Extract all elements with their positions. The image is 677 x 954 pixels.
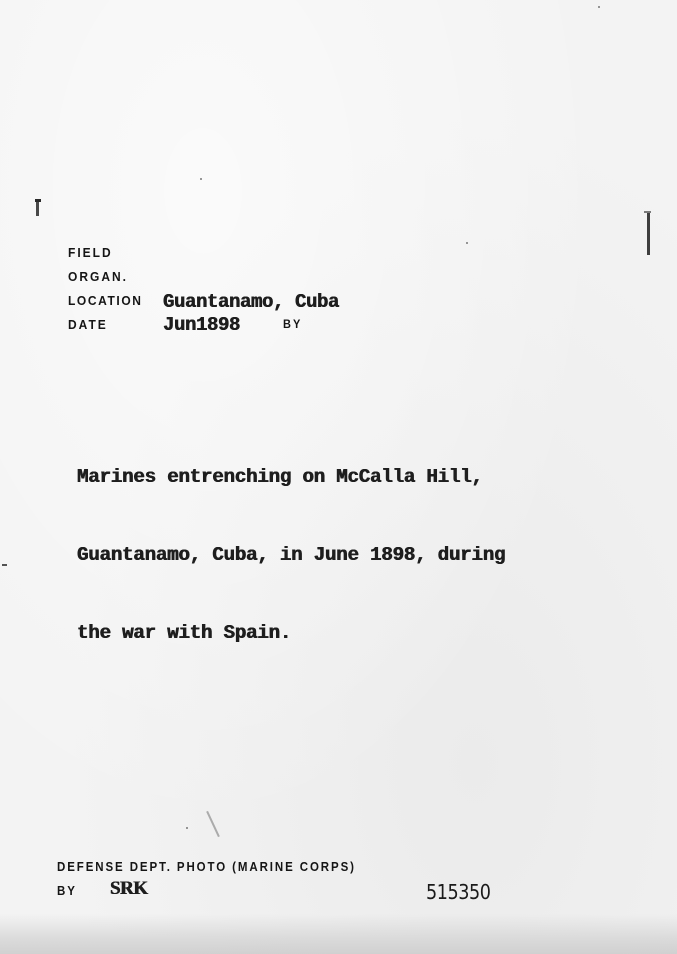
scratch-mark	[206, 811, 220, 837]
paper-edge-shadow	[0, 914, 677, 954]
date-label: DATE	[68, 317, 108, 332]
footer-by-label: BY	[57, 885, 77, 898]
photographer-initials: SRK	[110, 878, 148, 900]
photo-number: 515350	[426, 880, 491, 904]
corner-mark-left-tick	[35, 199, 41, 202]
caption-line: Marines entrenching on McCalla Hill,	[77, 464, 505, 490]
speck	[598, 6, 600, 8]
photo-caption: Marines entrenching on McCalla Hill, Gua…	[77, 412, 505, 698]
caption-card: FIELD ORGAN. LOCATION DATE Guantanamo, C…	[0, 0, 677, 954]
speck	[466, 242, 468, 244]
location-label: LOCATION	[68, 293, 143, 308]
organ-label: ORGAN.	[68, 269, 128, 284]
caption-line: Guantanamo, Cuba, in June 1898, during	[77, 542, 505, 568]
speck	[200, 178, 202, 180]
date-value: Jun1898	[163, 314, 240, 336]
field-label: FIELD	[68, 245, 113, 260]
speck	[186, 827, 188, 829]
photo-credit: DEFENSE DEPT. PHOTO (MARINE CORPS)	[57, 861, 356, 874]
edge-mark	[2, 564, 7, 566]
corner-mark-right-tick	[644, 211, 651, 213]
location-value: Guantanamo, Cuba	[163, 291, 339, 313]
by-label: BY	[283, 318, 302, 331]
caption-line: the war with Spain.	[77, 620, 505, 646]
corner-mark-right	[647, 213, 650, 255]
